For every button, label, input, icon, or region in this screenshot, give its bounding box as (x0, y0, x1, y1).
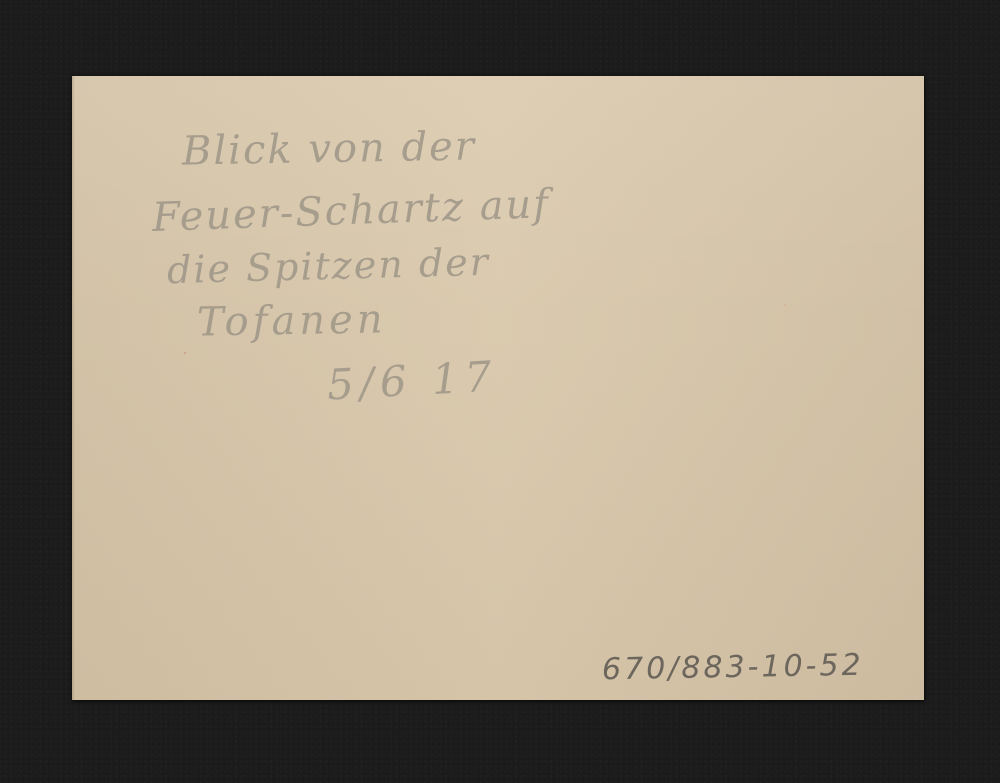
photo-card-back: Blick von der Feuer-Schartz auf die Spit… (72, 76, 924, 700)
inscription-line-1: Blick von der (182, 123, 477, 174)
catalog-number: 670/883-10-52 (602, 648, 864, 688)
paper-speck (184, 352, 186, 354)
inscription-line-2: Feuer-Schartz auf (151, 181, 550, 241)
inscription-date: 5/6 17 (326, 352, 499, 410)
paper-speck (784, 304, 786, 306)
inscription-line-4: Tofanen (197, 296, 387, 345)
card-edge (72, 76, 75, 700)
inscription-line-3: die Spitzen der (166, 240, 490, 292)
